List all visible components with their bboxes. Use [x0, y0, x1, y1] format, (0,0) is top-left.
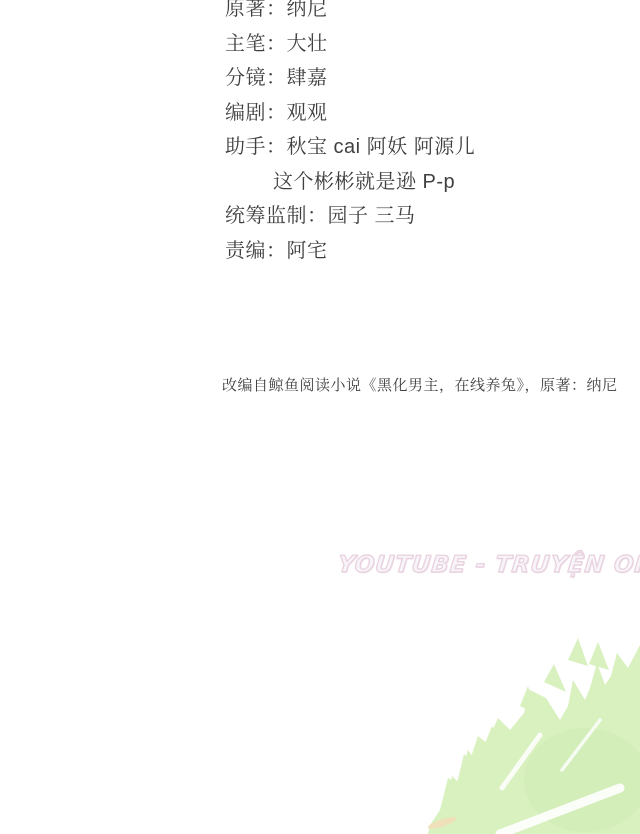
credit-line-assistants: 助手：秋宝 cai 阿妖 阿源儿 — [225, 130, 475, 165]
credit-line-lead-artist: 主笔：大壮 — [225, 27, 475, 62]
green-watercolor-splash-decoration — [428, 638, 640, 834]
credits-block: 原著：纳尼 主笔：大壮 分镜：肆嘉 编剧：观观 助手：秋宝 cai 阿妖 阿源儿… — [225, 0, 475, 268]
credit-line-assistants-continued: 这个彬彬就是逊 P-p — [225, 165, 475, 200]
credit-line-editor: 责编：阿宅 — [225, 234, 475, 269]
credit-line-original-author: 原著：纳尼 — [225, 0, 475, 27]
credit-line-screenwriter: 编剧：观观 — [225, 96, 475, 131]
credit-line-storyboard: 分镜：肆嘉 — [225, 61, 475, 96]
watermark-text: YOUTUBE - TRUYỆN OFFLINE — [337, 552, 640, 578]
comic-credits-page: 原著：纳尼 主笔：大壮 分镜：肆嘉 编剧：观观 助手：秋宝 cai 阿妖 阿源儿… — [0, 0, 640, 834]
adaptation-source-text: 改编自鲸鱼阅读小说《黑化男主，在线养兔》，原著：纳尼 — [222, 374, 618, 395]
credit-line-supervisors: 统筹监制：园子 三马 — [225, 199, 475, 234]
